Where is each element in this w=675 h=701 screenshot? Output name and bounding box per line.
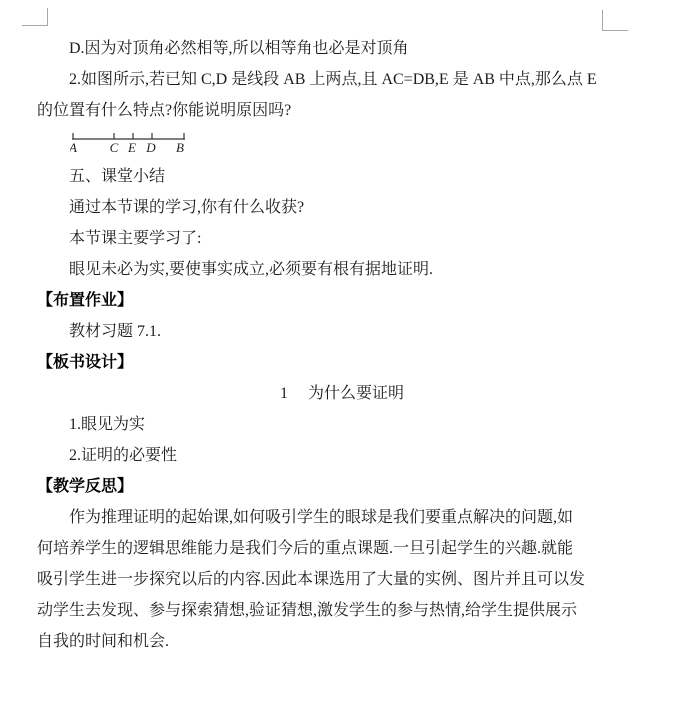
question-2-line-1: 2.如图所示,若已知 C,D 是线段 AB 上两点,且 AC=DB,E 是 AB…	[37, 64, 603, 95]
diagram-point-label-e: E	[127, 140, 136, 155]
reflection-line-1: 作为推理证明的起始课,如何吸引学生的眼球是我们要重点解决的问题,如	[37, 502, 603, 533]
reflection-line-2: 何培养学生的逻辑思维能力是我们今后的重点课题.一旦引起学生的兴趣.就能	[37, 533, 603, 564]
board-design-title: 1为什么要证明	[37, 378, 603, 409]
diagram-point-label-a: A	[70, 140, 77, 155]
reflection-line-4: 动学生去发现、参与探索猜想,验证猜想,激发学生的参与热情,给学生提供展示	[37, 595, 603, 626]
reflection-line-3: 吸引学生进一步探究以后的内容.因此本课选用了大量的实例、图片并且可以发	[37, 564, 603, 595]
summary-line-3: 眼见未必为实,要使事实成立,必须要有根有据地证明.	[37, 254, 603, 285]
diagram-point-label-d: D	[145, 140, 156, 155]
text-boundary-mark-top-left	[22, 8, 48, 26]
text-boundary-mark-top-right	[602, 10, 628, 31]
reflection-line-5: 自我的时间和机会.	[37, 626, 603, 657]
summary-heading: 五、课堂小结	[37, 161, 603, 192]
diagram-point-label-b: B	[176, 140, 184, 155]
diagram-point-label-c: C	[110, 140, 119, 155]
segment-diagram: A C E D B	[70, 130, 190, 156]
board-design-item-1: 1.眼见为实	[37, 409, 603, 440]
summary-line-1: 通过本节课的学习,你有什么收获?	[37, 192, 603, 223]
board-design-heading: 【板书设计】	[37, 347, 603, 378]
homework-content: 教材习题 7.1.	[37, 316, 603, 347]
segment-diagram-row: A C E D B	[37, 130, 603, 161]
summary-line-2: 本节课主要学习了:	[37, 223, 603, 254]
board-title-number: 1	[280, 385, 288, 402]
question-option-d: D.因为对顶角必然相等,所以相等角也必是对顶角	[37, 33, 603, 64]
board-design-item-2: 2.证明的必要性	[37, 440, 603, 471]
homework-heading: 【布置作业】	[37, 285, 603, 316]
document-page[interactable]: D.因为对顶角必然相等,所以相等角也必是对顶角 2.如图所示,若已知 C,D 是…	[0, 0, 675, 701]
board-title-text: 为什么要证明	[308, 385, 404, 402]
reflection-heading: 【教学反思】	[37, 471, 603, 502]
document-content: D.因为对顶角必然相等,所以相等角也必是对顶角 2.如图所示,若已知 C,D 是…	[37, 33, 603, 657]
question-2-line-2: 的位置有什么特点?你能说明原因吗?	[37, 95, 603, 126]
